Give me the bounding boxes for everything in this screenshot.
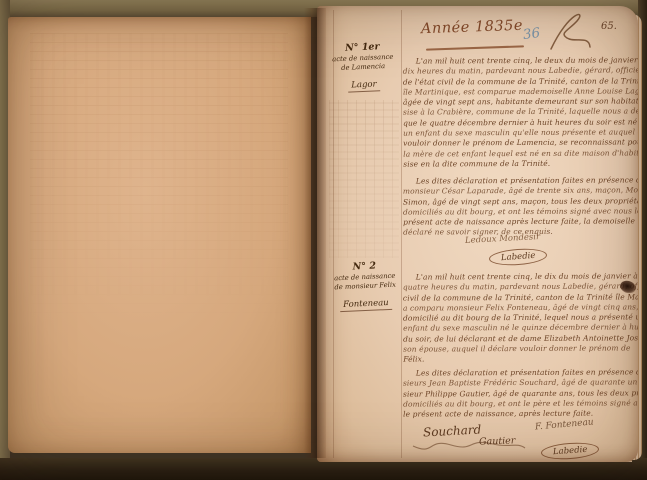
year-heading-underline [426,45,524,50]
handwritten-line: la mère de cet enfant lequel est né en s… [403,148,637,160]
handwritten-line: sieurs Jean Baptiste Frédéric Souchard, … [403,378,638,390]
handwritten-line: le présent acte de naissance, après lect… [403,409,638,421]
handwritten-line: quatre heures du matin, pardevant nous L… [403,282,638,294]
handwritten-line: sise à la Crabière, commune de la Trinit… [403,107,637,119]
handwritten-line: monsieur César Laparade, âgé de trente s… [403,186,637,198]
left-page [8,17,311,453]
register-scan: N° 1er acte de naissance de Lamencia Lag… [0,0,647,480]
margin-note-act1: N° 1er acte de naissance de Lamencia Lag… [320,33,406,94]
margin-note-act2: N° 2 acte de naissance de monsieur Felix… [321,252,409,313]
act2-number: N° 2 [352,261,376,273]
right-page: N° 1er acte de naissance de Lamencia Lag… [317,6,638,462]
handwritten-line: domiciliés au dit bourg, et ont les témo… [403,206,637,218]
paraph-flourish-icon [543,7,597,55]
handwritten-line: sise en la dite commune de la Trinité. [403,158,637,170]
handwritten-line: a comparu monsieur Felix Fonteneau, âgé … [403,302,638,314]
handwritten-line: un enfant du sexe masculin qu'elle nous … [403,127,637,139]
folio-stamp-number: 36 [522,25,541,43]
act1-number: N° 1er [345,41,380,53]
handwritten-line: île Martinique, est comparue mademoisell… [403,86,637,98]
handwritten-line: Félix. [403,354,638,366]
folio-page-number: 65. [601,21,617,32]
signature-fonteneau: F. Fonteneau [535,417,594,432]
handwritten-line: domiciliés au dit bourg, et ont le père … [403,398,638,410]
margin-ink-bleedthrough [329,100,399,258]
left-page-ink-bleedthrough [30,33,288,323]
act2-officer-signature: Labedie [541,441,600,461]
act2-body-paragraph: L'an mil huit cent trente cinq, le dix d… [403,271,638,365]
handwritten-line: enfant du sexe masculin né le quinze déc… [403,323,638,335]
handwritten-line: son épouse, auquel il déclare vouloir do… [403,343,638,355]
act2-witness-paragraph: Les dites déclaration et présentation fa… [403,367,638,420]
act1-family-name: Lagor [348,79,380,92]
act2-family-name: Fonteneau [340,298,392,312]
handwritten-line: dix heures du matin, pardevant nous Labe… [403,66,637,78]
act1-body-paragraph: L'an mil huit cent trente cinq, le deux … [403,55,638,169]
signature-gautier: Gautier [479,435,516,447]
act1-witness-paragraph: Les dites déclaration et présentation fa… [403,175,637,238]
act1-officer-signature: Labedie [489,247,548,267]
